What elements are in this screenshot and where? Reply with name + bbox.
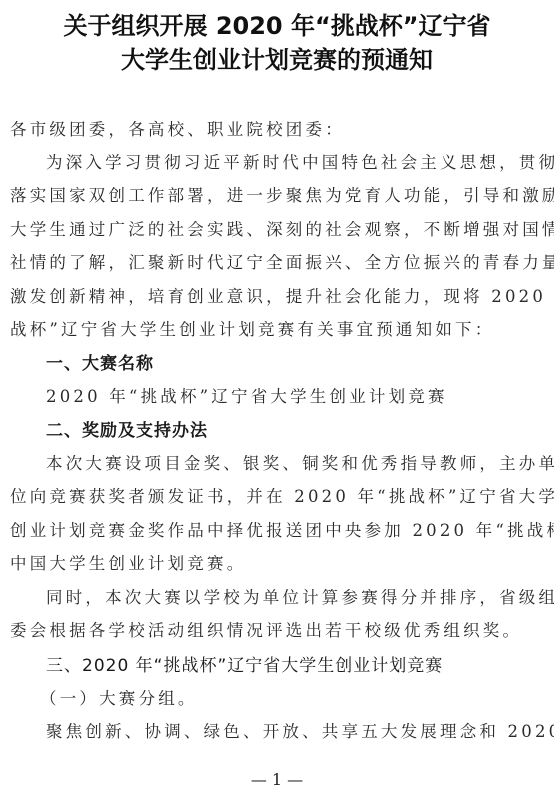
intro-line: 社情的了解，汇聚新时代辽宁全面振兴、全方位振兴的青春力量， <box>10 249 554 273</box>
document-title-line-2: 大学生创业计划竞赛的预通知 <box>0 40 554 75</box>
section-3-subheading: （一）大赛分组。 <box>40 685 198 709</box>
section-2-para1-line: 创业计划竞赛金奖作品中择优报送团中央参加 2020 年“挑战杯” <box>10 517 554 541</box>
section-2-para1-line: 本次大赛设项目金奖、银奖、铜奖和优秀指导教师，主办单 <box>46 450 554 474</box>
intro-line: 落实国家双创工作部署，进一步聚焦为党育人功能，引导和激励 <box>10 182 554 206</box>
salutation: 各市级团委，各高校、职业院校团委： <box>10 116 345 140</box>
section-2-para2-line: 委会根据各学校活动组织情况评选出若干校级优秀组织奖。 <box>10 617 522 641</box>
section-2-para1-line: 中国大学生创业计划竞赛。 <box>10 550 246 574</box>
section-1-heading: 一、大赛名称 <box>46 349 154 374</box>
section-2-heading: 二、奖励及支持办法 <box>46 416 208 441</box>
section-2-para2-line: 同时，本次大赛以学校为单位计算参赛得分并排序，省级组 <box>46 584 554 608</box>
intro-line: 大学生通过广泛的社会实践、深刻的社会观察，不断增强对国情 <box>10 216 554 240</box>
section-3-body-line: 聚焦创新、协调、绿色、开放、共享五大发展理念和 2020 <box>46 718 554 742</box>
document-title-line-1: 关于组织开展 2020 年“挑战杯”辽宁省 <box>0 6 554 41</box>
page-number: — 1 — <box>0 770 554 789</box>
intro-line: 战杯”辽宁省大学生创业计划竞赛有关事宜预通知如下： <box>10 316 494 340</box>
section-3-heading: 三、2020 年“挑战杯”辽宁省大学生创业计划竞赛 <box>46 651 443 676</box>
section-2-para1-line: 位向竞赛获奖者颁发证书，并在 2020 年“挑战杯”辽宁省大学生 <box>10 483 554 507</box>
intro-line: 为深入学习贯彻习近平新时代中国特色社会主义思想，贯彻 <box>46 149 554 173</box>
section-1-body: 2020 年“挑战杯”辽宁省大学生创业计划竞赛 <box>46 383 448 407</box>
intro-line: 激发创新精神，培育创业意识，提升社会化能力，现将 2020 年“挑 <box>10 283 554 307</box>
